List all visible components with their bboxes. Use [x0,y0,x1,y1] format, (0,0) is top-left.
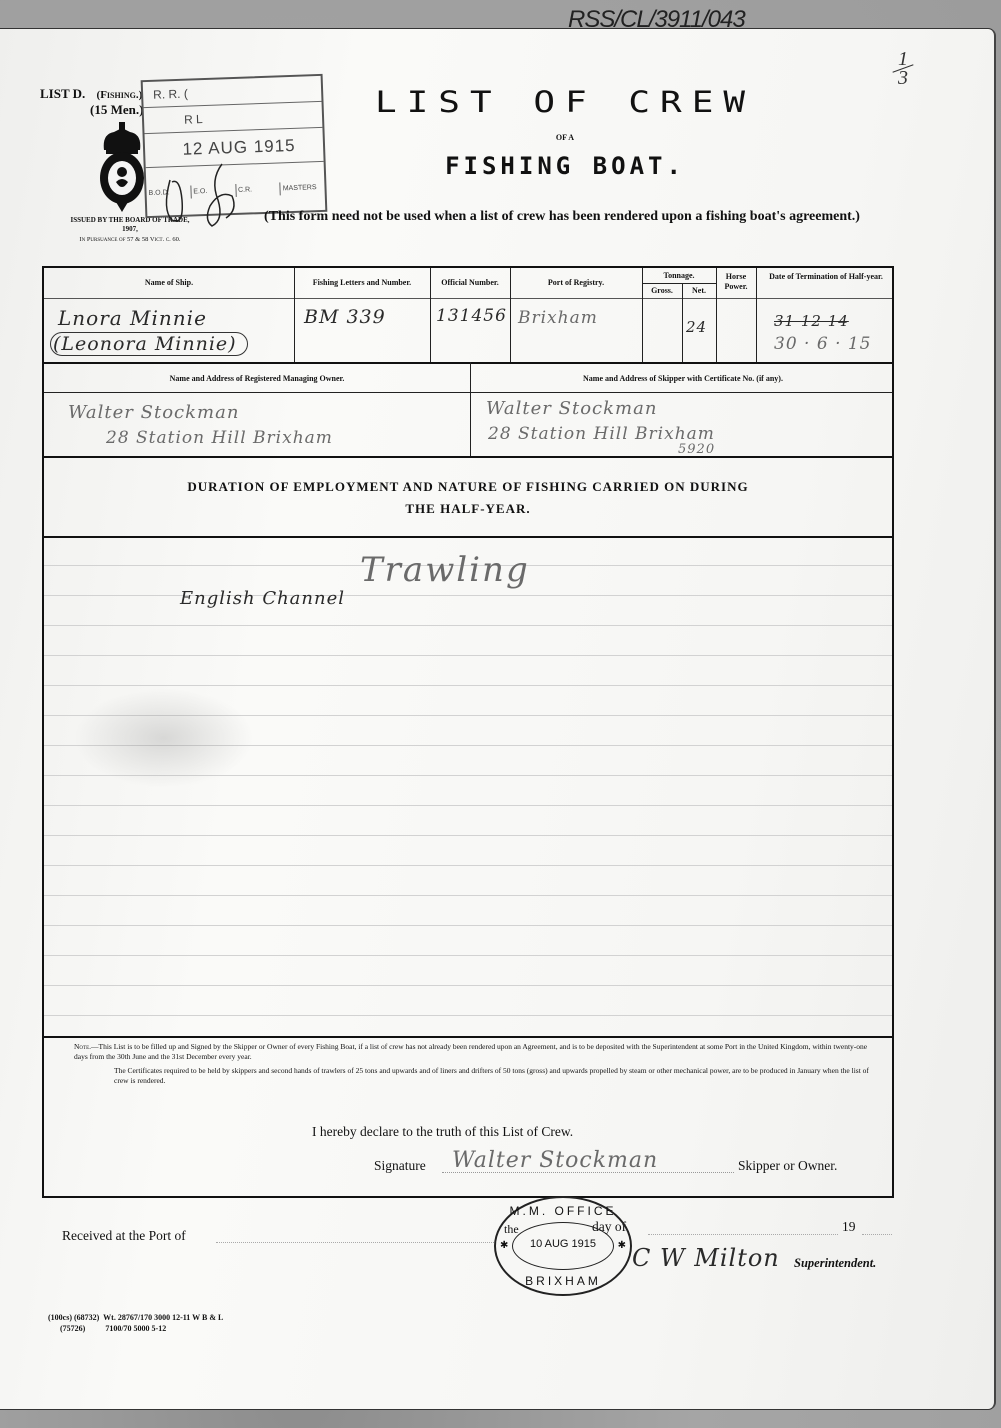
list-letter: LIST D. [40,86,85,101]
usage-note: (This form need not be used when a list … [262,206,862,227]
duration-heading-line1: DURATION OF EMPLOYMENT AND NATURE OF FIS… [44,476,892,498]
column-divider [756,268,757,362]
list-label: LIST D. (Fishing.) [40,86,142,102]
termination-date-struck: 31 12 14 [774,312,849,330]
header-official-number: Official Number. [430,278,510,288]
note-paragraph-2: The Certificates required to be held by … [74,1066,874,1086]
initials-scribble-icon [160,160,250,230]
owner-name-value: Walter Stockman [68,402,239,423]
print-code: (100cs) (68732) Wt. 28767/170 3000 12-11… [48,1312,223,1334]
brixham-postmark: M.M. OFFICE 10 AUG 1915 BRIXHAM ✱ ✱ [494,1196,632,1296]
header-gross: Gross. [642,286,682,296]
termination-date-value: 30 · 6 · 15 [774,334,872,354]
duration-heading: DURATION OF EMPLOYMENT AND NATURE OF FIS… [44,476,892,520]
postmark-top: M.M. OFFICE [496,1204,630,1218]
page-fraction: 1 3 [892,50,914,87]
list-type: (Fishing.) [97,89,143,101]
signature-role: Skipper or Owner. [738,1158,837,1174]
header-horse-power: Horse Power. [716,272,756,292]
crew-form: Name of Ship. Fishing Letters and Number… [42,266,894,1198]
ship-name-value: Lnora Minnie [58,306,207,330]
star-icon: ✱ [618,1240,626,1251]
superintendent-label: Superintendent. [794,1256,876,1271]
port-value: Brixham [518,308,598,328]
stamp-cell: MASTERS [281,180,325,195]
received-port-label: Received at the Port of [62,1228,186,1244]
table-section-divider [44,362,892,364]
document-title: LIST OF CREW [305,86,825,120]
header-termination-date: Date of Termination of Half-year. [760,272,892,282]
fishing-type-value: Trawling [360,550,530,590]
star-icon: ✱ [500,1240,508,1251]
skipper-certificate-value: 5920 [678,442,715,457]
print-code-line1: (100cs) (68732) Wt. 28767/170 3000 12-11… [48,1312,223,1323]
postmark-bottom: BRIXHAM [496,1274,630,1288]
print-code-line2: (75726) 7100/70 5000 5-12 [48,1323,223,1334]
skipper-name-value: Walter Stockman [486,398,657,419]
document-subtitle: FISHING BOAT. [305,152,825,180]
owner-section-divider [44,456,892,458]
signature-label: Signature [374,1158,426,1174]
duration-heading-line2: THE HALF-YEAR. [44,498,892,520]
archive-reference: RSS/CL/3911/043 [568,6,745,34]
header-net: Net. [682,286,716,296]
declaration-text: I hereby declare to the truth of this Li… [312,1124,573,1140]
official-number-value: 131456 [436,306,507,326]
note-paragraph-1: —This List is to be filled up and Signed… [74,1042,867,1061]
header-fishing-letters: Fishing Letters and Number. [294,278,430,288]
net-tonnage-value: 24 [686,318,707,336]
title-connector: OF A [305,133,825,142]
header-skipper: Name and Address of Skipper with Certifi… [470,374,896,384]
year-prefix: 19 [842,1219,856,1235]
superintendent-signature: C W Milton [632,1244,780,1272]
ship-name-correction: (Leonora Minnie) [50,332,248,356]
owner-header-divider [44,392,892,393]
postmark-date: 10 AUG 1915 [496,1238,630,1250]
footnote: Note.—This List is to be filled up and S… [74,1042,874,1090]
port-fill-line [216,1242,496,1243]
note-label: Note. [74,1042,91,1051]
signature-value: Walter Stockman [452,1148,658,1173]
fishing-letters-value: BM 339 [304,306,386,328]
skipper-address-value: 28 Station Hill Brixham [488,424,715,444]
header-name-of-ship: Name of Ship. [44,278,294,288]
note-section-divider [44,1036,892,1038]
month-fill-line [648,1234,838,1235]
act-reference: In Pursuance of 57 & 58 Vict. c. 60. [40,236,220,243]
tonnage-divider [642,283,716,284]
header-owner: Name and Address of Registered Managing … [44,374,470,384]
ink-smudge [74,688,254,788]
owner-address-value: 28 Station Hill Brixham [106,428,333,448]
year-fill-line [862,1234,892,1235]
header-port-of-registry: Port of Registry. [510,278,642,288]
fishing-area-value: English Channel [180,588,345,609]
header-tonnage: Tonnage. [642,271,716,281]
crew-size: (15 Men.) [90,102,143,118]
table-header-divider [44,298,892,299]
